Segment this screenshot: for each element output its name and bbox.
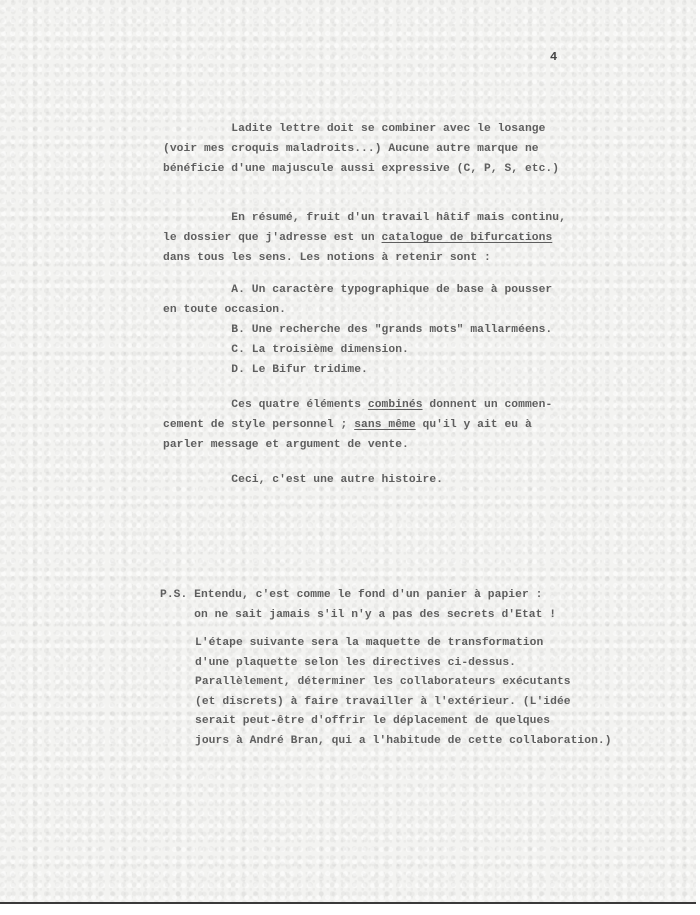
text-line: cement de style personnel ; [163,419,354,431]
text-line: Ladite lettre doit se combiner avec le l… [163,123,545,135]
postscript-intro: P.S. Entendu, c'est comme le fond d'un p… [160,585,556,625]
underlined-phrase: sans même [354,419,415,431]
postscript-body: L'étape suivante sera la maquette de tra… [195,634,612,751]
text-line: serait peut-être d'offrir le déplacement… [195,715,550,727]
text-line: le dossier que j'adresse est un [163,232,382,244]
text-line: qu'il y ait eu à [416,419,532,431]
list-item-a-continued: en toute occasion. [163,304,286,316]
text-line: on ne sait jamais s'il n'y a pas des sec… [160,609,556,621]
text-line: Parallèlement, déterminer les collaborat… [195,676,571,688]
typewritten-page: 4 Ladite lettre doit se combiner avec le… [0,0,696,904]
text-line: Ces quatre éléments [163,399,368,411]
page-number: 4 [550,47,557,67]
notions-list: A. Un caractère typographique de base à … [163,280,552,380]
text-line: (et discrets) à faire travailler à l'ext… [195,696,571,708]
text-line: En résumé, fruit d'un travail hâtif mais… [163,212,566,224]
list-item-c: C. La troisième dimension. [163,344,409,356]
list-item-d: D. Le Bifur tridime. [163,364,368,376]
list-item-b: B. Une recherche des "grands mots" malla… [163,324,552,336]
list-item-a: A. Un caractère typographique de base à … [163,284,552,296]
text-line: P.S. Entendu, c'est comme le fond d'un p… [160,589,542,601]
text-line: L'étape suivante sera la maquette de tra… [195,637,543,649]
paragraph-lettre-losange: Ladite lettre doit se combiner avec le l… [163,119,559,179]
text-line: donnent un commen- [423,399,553,411]
paragraph-quatre-elements: Ces quatre éléments combinés donnent un … [163,395,552,455]
paragraph-en-resume: En résumé, fruit d'un travail hâtif mais… [163,208,566,268]
paragraph-autre-histoire: Ceci, c'est une autre histoire. [163,470,443,490]
text-line: jours à André Bran, qui a l'habitude de … [195,735,612,747]
underlined-phrase: catalogue de bifurcations [382,232,553,244]
text-line: bénéficie d'une majuscule aussi expressi… [163,163,559,175]
text-line: dans tous les sens. Les notions à reteni… [163,252,491,264]
text-line: d'une plaquette selon les directives ci-… [195,657,516,669]
text-line: (voir mes croquis maladroits...) Aucune … [163,143,539,155]
text-line: parler message et argument de vente. [163,439,409,451]
underlined-word: combinés [368,399,423,411]
